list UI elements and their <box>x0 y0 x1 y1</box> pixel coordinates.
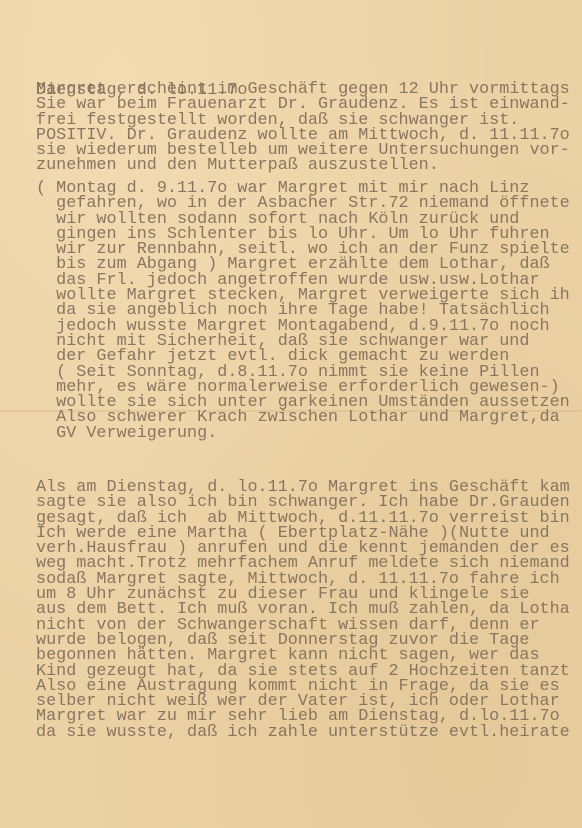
paragraph-tuesday-conversation: Als am Dienstag, d. lo.11.7o Margret ins… <box>36 480 570 740</box>
paragraph-parenthetical-monday: ( Montag d. 9.11.7o war Margret mit mir … <box>36 181 570 441</box>
text-line: GV Verweigerung. <box>36 426 570 441</box>
typewritten-page: Dienstag, d. lo.11.7o Margret erscheint … <box>0 0 582 828</box>
text-line: da sie wusste, daß ich zahle unterstütze… <box>36 725 570 740</box>
text-line: zunehmen und den Mutterpaß auszustellen. <box>36 158 570 173</box>
paragraph-visit-doctor: Margret erscheint im Geschäft gegen 12 U… <box>36 82 570 174</box>
